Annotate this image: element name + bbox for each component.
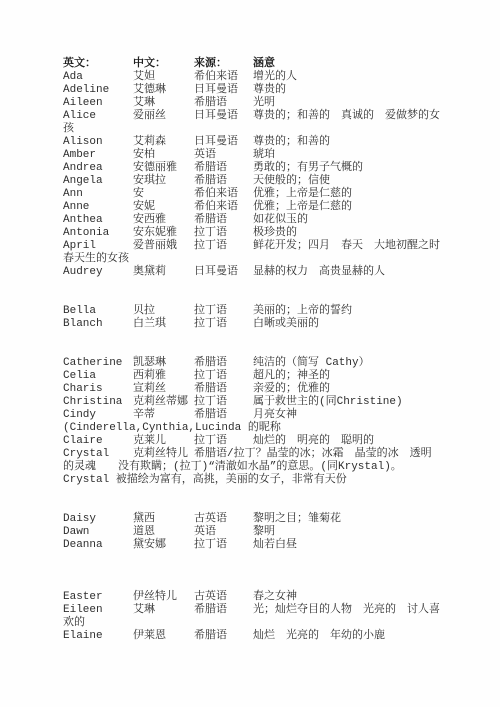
chinese-name: 安柏	[133, 149, 194, 162]
meaning: 春之女神	[253, 591, 297, 603]
english-name: Antonia	[63, 227, 133, 240]
origin: 拉丁语	[194, 539, 253, 552]
meaning: 勇敢的；有男子气概的	[253, 162, 363, 174]
table-row: Bella贝拉拉丁语美丽的；上帝的誓约	[63, 305, 442, 318]
chinese-name: 艾琳	[133, 97, 194, 110]
name-group: Daisy黛西古英语黎明之目；雏菊花Dawn道恩英语黎明Deanna黛安娜拉丁语…	[63, 513, 442, 552]
chinese-name: 西莉雅	[133, 370, 194, 383]
table-row: Anthea安西雅希腊语如花似玉的	[63, 214, 442, 227]
chinese-name: 白兰琪	[133, 318, 194, 331]
header-meaning: 涵意	[253, 58, 275, 70]
english-name: Crystal	[63, 448, 133, 461]
origin: 日耳曼语	[194, 136, 253, 149]
origin: 希伯来语	[194, 71, 253, 84]
english-name: Anthea	[63, 214, 133, 227]
english-name: Easter	[63, 591, 133, 604]
name-group: Catherine凯瑟琳希腊语纯洁的（简写 Cathy）Celia西莉雅拉丁语超…	[63, 357, 442, 487]
origin: 希腊语	[194, 409, 253, 422]
english-name: Eileen	[63, 604, 133, 617]
origin: 日耳曼语	[194, 84, 253, 97]
table-row: Ada艾妲希伯来语增光的人	[63, 71, 442, 84]
origin: 希腊语	[194, 630, 253, 643]
english-name: Catherine	[63, 357, 133, 370]
table-row: Dawn道恩英语黎明	[63, 526, 442, 539]
origin: 希腊语	[194, 604, 253, 617]
meaning: 琥珀	[253, 149, 275, 161]
chinese-name: 克莱儿	[133, 435, 194, 448]
english-name: Ann	[63, 188, 133, 201]
origin: 希腊语/拉丁？	[194, 448, 267, 461]
english-name: Anne	[63, 201, 133, 214]
origin: 希伯来语	[194, 201, 253, 214]
english-name: Adeline	[63, 84, 133, 97]
table-row: Aileen艾琳希腊语光明	[63, 97, 442, 110]
origin: 拉丁语	[194, 318, 253, 331]
table-row: Daisy黛西古英语黎明之目；雏菊花	[63, 513, 442, 526]
chinese-name: 安西雅	[133, 214, 194, 227]
meaning: 显赫的权力 高贵显赫的人	[253, 266, 385, 278]
meaning: 优雅；上帝是仁慈的	[253, 201, 352, 213]
chinese-name: 伊丝特儿	[133, 591, 194, 604]
meaning: 灿若白昼	[253, 539, 297, 551]
english-name: Alison	[63, 136, 133, 149]
table-header: 英文：中文：来源：涵意	[63, 58, 442, 71]
table-row: Deanna黛安娜拉丁语灿若白昼	[63, 539, 442, 552]
english-name: Christina	[63, 396, 133, 409]
chinese-name: 黛安娜	[133, 539, 194, 552]
english-name: Cindy	[63, 409, 133, 422]
table-row: Charis宣莉丝希腊语亲爱的；优雅的	[63, 383, 442, 396]
header-origin: 来源：	[194, 58, 253, 71]
table-row: April爱普丽娥拉丁语鲜花开发；四月 春天 大地初醒之时 春天生的女孩	[63, 240, 442, 266]
english-name: April	[63, 240, 133, 253]
meaning: 美丽的；上帝的誓约	[253, 305, 352, 317]
origin: 拉丁语	[194, 227, 253, 240]
english-name: Celia	[63, 370, 133, 383]
meaning: 极珍贵的	[253, 227, 297, 239]
origin: 拉丁语	[194, 240, 253, 253]
table-row: Angela安琪拉希腊语天使般的；信使	[63, 175, 442, 188]
origin: 英语	[194, 149, 253, 162]
chinese-name: 宣莉丝	[133, 383, 194, 396]
chinese-name: 安琪拉	[133, 175, 194, 188]
table-row: Eileen艾琳希腊语光；灿烂夺目的人物 光亮的 讨人喜欢的	[63, 604, 442, 630]
chinese-name: 道恩	[133, 526, 194, 539]
english-name: Daisy	[63, 513, 133, 526]
origin: 希腊语	[194, 162, 253, 175]
origin: 古英语	[194, 513, 253, 526]
table-row: Easter伊丝特儿古英语春之女神	[63, 591, 442, 604]
chinese-name: 安妮	[133, 201, 194, 214]
chinese-name: 克莉丝蒂娜	[133, 396, 194, 409]
name-table: 英文：中文：来源：涵意 Ada艾妲希伯来语增光的人Adeline艾德琳日耳曼语尊…	[0, 0, 500, 643]
chinese-name: 艾琳	[133, 604, 194, 617]
origin: 希腊语	[194, 214, 253, 227]
origin: 日耳曼语	[194, 110, 253, 123]
origin: 希腊语	[194, 357, 253, 370]
meaning: 属于救世主的(同Christine)	[253, 396, 403, 408]
meaning: 黎明之目；雏菊花	[253, 513, 341, 525]
origin: 日耳曼语	[194, 266, 253, 279]
table-row: Catherine凯瑟琳希腊语纯洁的（简写 Cathy）	[63, 357, 442, 370]
chinese-name: 安德丽雅	[133, 162, 194, 175]
origin: 拉丁语	[194, 370, 253, 383]
chinese-name: 艾莉森	[133, 136, 194, 149]
name-table-body: Ada艾妲希伯来语增光的人Adeline艾德琳日耳曼语尊贵的Aileen艾琳希腊…	[63, 71, 442, 643]
english-name: Audrey	[63, 266, 133, 279]
meaning: 天使般的；信使	[253, 175, 330, 187]
origin: 拉丁语	[194, 305, 253, 318]
origin: 希腊语	[194, 97, 253, 110]
chinese-name: 安东妮雅	[133, 227, 194, 240]
table-row: Alison艾莉森日耳曼语尊贵的；和善的	[63, 136, 442, 149]
meaning: 灿烂 光亮的 年幼的小鹿	[253, 630, 385, 642]
table-row: Adeline艾德琳日耳曼语尊贵的	[63, 84, 442, 97]
name-group: Ada艾妲希伯来语增光的人Adeline艾德琳日耳曼语尊贵的Aileen艾琳希腊…	[63, 71, 442, 279]
english-name: Ada	[63, 71, 133, 84]
english-name: Alice	[63, 110, 133, 123]
meaning: 光明	[253, 97, 275, 109]
english-name: Elaine	[63, 630, 133, 643]
table-row: Amber安柏英语琥珀	[63, 149, 442, 162]
table-row: Andrea安德丽雅希腊语勇敢的；有男子气概的	[63, 162, 442, 175]
english-name: Aileen	[63, 97, 133, 110]
chinese-name: 黛西	[133, 513, 194, 526]
chinese-name: 爱丽丝	[133, 110, 194, 123]
chinese-name: 克莉丝特儿	[133, 448, 194, 461]
table-row: Ann安希伯来语优雅；上帝是仁慈的	[63, 188, 442, 201]
english-name: Andrea	[63, 162, 133, 175]
chinese-name: 安	[133, 188, 194, 201]
table-row: Claire克莱儿拉丁语灿烂的 明亮的 聪明的	[63, 435, 442, 448]
english-name: Claire	[63, 435, 133, 448]
meaning: 亲爱的；优雅的	[253, 383, 330, 395]
origin: 拉丁语	[194, 396, 253, 409]
chinese-name: 爱普丽娥	[133, 240, 194, 253]
meaning: 白晰或美丽的	[253, 318, 319, 330]
document-page: 英文：中文：来源：涵意 Ada艾妲希伯来语增光的人Adeline艾德琳日耳曼语尊…	[0, 0, 500, 707]
name-group: Easter伊丝特儿古英语春之女神Eileen艾琳希腊语光；灿烂夺目的人物 光亮…	[63, 591, 442, 643]
meaning: 灿烂的 明亮的 聪明的	[253, 435, 374, 447]
origin: 古英语	[194, 591, 253, 604]
header-english: 英文：	[63, 58, 133, 71]
meaning: 尊贵的	[253, 84, 286, 96]
meaning: 纯洁的（简写 Cathy）	[253, 357, 370, 369]
origin: 英语	[194, 526, 253, 539]
chinese-name: 辛蒂	[133, 409, 194, 422]
chinese-name: 奥黛莉	[133, 266, 194, 279]
origin: 希腊语	[194, 383, 253, 396]
origin: 希伯来语	[194, 188, 253, 201]
name-group: Bella贝拉拉丁语美丽的；上帝的誓约Blanch白兰琪拉丁语白晰或美丽的	[63, 305, 442, 331]
table-row: Alice爱丽丝日耳曼语尊贵的；和善的 真诚的 爱做梦的女孩	[63, 110, 442, 136]
table-row: Antonia安东妮雅拉丁语极珍贵的	[63, 227, 442, 240]
chinese-name: 贝拉	[133, 305, 194, 318]
table-row: Elaine伊莱恩希腊语灿烂 光亮的 年幼的小鹿	[63, 630, 442, 643]
table-row: Blanch白兰琪拉丁语白晰或美丽的	[63, 318, 442, 331]
chinese-name: 艾德琳	[133, 84, 194, 97]
english-name: Deanna	[63, 539, 133, 552]
meaning: 如花似玉的	[253, 214, 308, 226]
table-row: Cindy辛蒂希腊语月亮女神(Cinderella,Cynthia,Lucind…	[63, 409, 442, 435]
meaning: 增光的人	[253, 71, 297, 83]
meaning: 优雅；上帝是仁慈的	[253, 188, 352, 200]
table-row: Audrey奥黛莉日耳曼语显赫的权力 高贵显赫的人	[63, 266, 442, 279]
meaning: 黎明	[253, 526, 275, 538]
english-name: Charis	[63, 383, 133, 396]
meaning: 超凡的；神圣的	[253, 370, 330, 382]
table-row: Anne安妮希伯来语优雅；上帝是仁慈的	[63, 201, 442, 214]
chinese-name: 艾妲	[133, 71, 194, 84]
table-row: Crystal克莉丝特儿希腊语/拉丁？晶莹的冰；冰霜 晶莹的冰 透明的灵魂 没有…	[63, 448, 442, 487]
origin: 希腊语	[194, 175, 253, 188]
origin: 拉丁语	[194, 435, 253, 448]
table-row: Christina克莉丝蒂娜拉丁语属于救世主的(同Christine)	[63, 396, 442, 409]
english-name: Angela	[63, 175, 133, 188]
table-row: Celia西莉雅拉丁语超凡的；神圣的	[63, 370, 442, 383]
chinese-name: 伊莱恩	[133, 630, 194, 643]
english-name: Dawn	[63, 526, 133, 539]
meaning: 尊贵的；和善的	[253, 136, 330, 148]
chinese-name: 凯瑟琳	[133, 357, 194, 370]
header-chinese: 中文：	[133, 58, 194, 71]
english-name: Bella	[63, 305, 133, 318]
english-name: Blanch	[63, 318, 133, 331]
english-name: Amber	[63, 149, 133, 162]
